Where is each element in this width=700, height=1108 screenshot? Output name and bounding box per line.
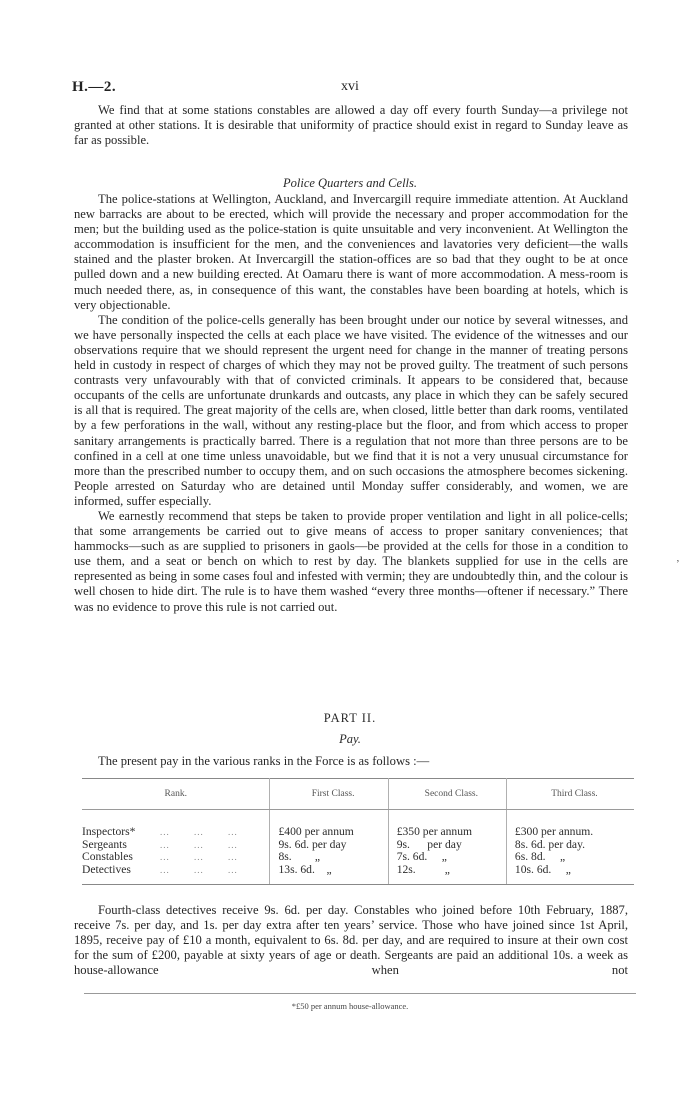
- pay-table: Rank. First Class. Second Class. Third C…: [82, 778, 634, 885]
- leader-dots: ...: [228, 865, 262, 877]
- second-class-pay: 12s. „: [388, 864, 506, 885]
- leader-dots: ...: [160, 865, 194, 877]
- header-third-class: Third Class.: [506, 779, 634, 810]
- rank-name: Sergeants: [82, 839, 160, 851]
- header-rank: Rank.: [82, 779, 270, 810]
- second-class-pay: £350 per annum: [388, 810, 506, 839]
- leader-dots: ...: [194, 827, 228, 839]
- rank-name: Detectives: [82, 864, 160, 876]
- leader-dots: ...: [228, 852, 262, 864]
- table-row: Constables......... 8s. „ 7s. 6d. „ 6s. …: [82, 851, 634, 864]
- table-row: Detectives......... 13s. 6d. „ 12s. „ 10…: [82, 864, 634, 885]
- intro-paragraph: We find that at some stations constables…: [74, 103, 628, 148]
- header-second-class: Second Class.: [388, 779, 506, 810]
- leader-dots: ...: [160, 852, 194, 864]
- pay-intro: The present pay in the various ranks in …: [74, 754, 628, 769]
- first-class-pay: £400 per annum: [270, 810, 388, 839]
- pay-table-header-row: Rank. First Class. Second Class. Third C…: [82, 779, 634, 810]
- pay-closing-paragraph: Fourth-class detectives receive 9s. 6d. …: [74, 903, 628, 978]
- paragraph-police-stations: The police-stations at Wellington, Auckl…: [74, 192, 628, 313]
- leader-dots: ...: [194, 865, 228, 877]
- third-class-pay: 6s. 8d. „: [506, 851, 634, 864]
- paragraph-police-cells: The condition of the police-cells genera…: [74, 313, 628, 509]
- first-class-pay: 13s. 6d. „: [270, 864, 388, 885]
- pay-intro-block: The present pay in the various ranks in …: [74, 754, 628, 769]
- first-class-pay: 8s. „: [270, 851, 388, 864]
- footnote-divider: [84, 993, 636, 994]
- second-class-pay: 7s. 6d. „: [388, 851, 506, 864]
- document-page: H.—2. xvi We find that at some stations …: [0, 0, 700, 1108]
- page-number: xvi: [0, 79, 700, 95]
- section-heading-police-quarters: Police Quarters and Cells.: [0, 176, 700, 191]
- leader-dots: ...: [194, 852, 228, 864]
- leader-dots: ...: [160, 840, 194, 852]
- leader-dots: ...: [194, 840, 228, 852]
- intro-paragraph-block: We find that at some stations constables…: [74, 103, 628, 148]
- table-row: Inspectors*......... £400 per annum £350…: [82, 810, 634, 839]
- part-heading: PART II.: [0, 711, 700, 726]
- paragraph-recommendations: We earnestly recommend that steps be tak…: [74, 509, 628, 615]
- footnote: *£50 per annum house-allowance.: [0, 1001, 700, 1011]
- pay-heading: Pay.: [0, 732, 700, 747]
- leader-dots: ...: [228, 840, 262, 852]
- leader-dots: ...: [228, 827, 262, 839]
- pay-closing-block: Fourth-class detectives receive 9s. 6d. …: [74, 903, 628, 978]
- third-class-pay: 10s. 6d. „: [506, 864, 634, 885]
- leader-dots: ...: [160, 827, 194, 839]
- margin-speck: ‚: [676, 552, 680, 564]
- rank-name: Constables: [82, 851, 160, 863]
- third-class-pay: £300 per annum.: [506, 810, 634, 839]
- header-first-class: First Class.: [270, 779, 388, 810]
- rank-name: Inspectors*: [82, 826, 160, 838]
- police-quarters-text: The police-stations at Wellington, Auckl…: [74, 192, 628, 615]
